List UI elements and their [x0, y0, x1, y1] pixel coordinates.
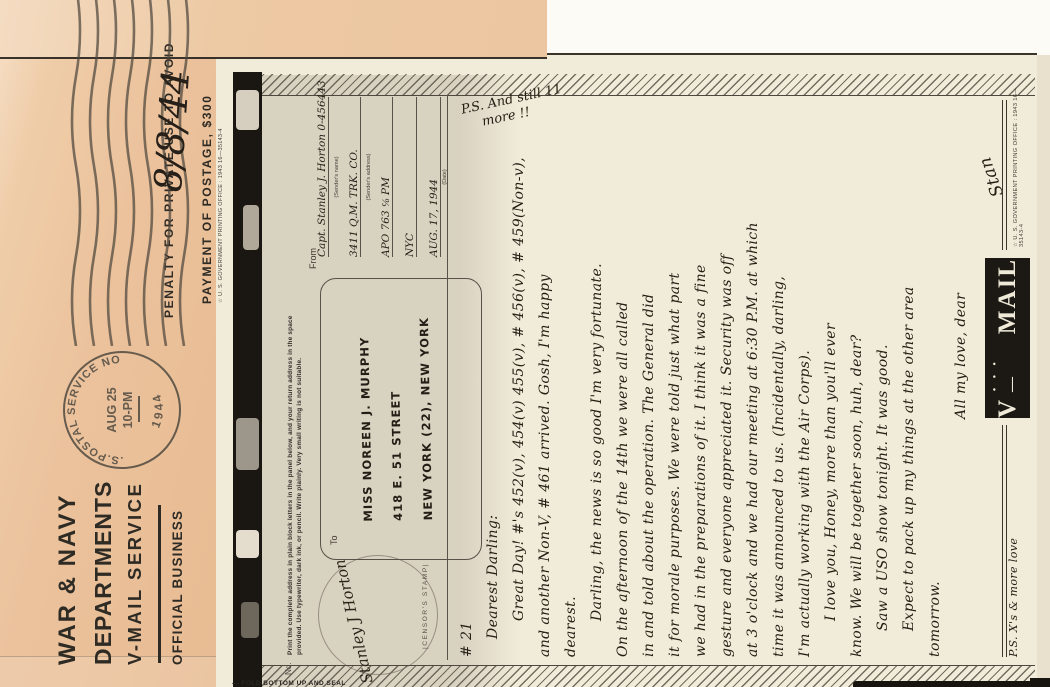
sender-name: Capt. Stanley J. Horton 0-456443	[316, 97, 329, 257]
dept-line4: OFFICIAL BUSINESS	[170, 458, 185, 665]
svg-text:1944: 1944	[148, 390, 166, 430]
letter-line: I'm actually working with the Air Corps)…	[792, 93, 818, 657]
letter-line: Saw a USO show tonight. It was good.	[870, 93, 896, 657]
censor-stamp-caption: |CENSOR'S STAMP|	[422, 563, 429, 649]
postmark-stamp: U.S.POSTAL SERVICE NO.1 1944 AUG 25 10-P…	[52, 340, 192, 480]
logo-rule-left	[1002, 425, 1007, 657]
address-section-rule	[447, 95, 448, 660]
to-label: To	[329, 535, 339, 545]
letter-line: gesture and everyone appreciated it. Sec…	[714, 93, 740, 657]
logo-mail: MAIL	[994, 258, 1022, 334]
letter-line: tomorrow.	[922, 93, 948, 657]
film-bar-mark	[236, 90, 259, 130]
handwritten-date: 8/8/44	[150, 12, 194, 192]
letter-body: # 21 Dearest Darling: Great Day! #'s 452…	[454, 93, 1014, 657]
postmark-dash-icon	[138, 396, 140, 422]
letter-line: it for morale purposes. We were told jus…	[662, 93, 688, 657]
film-edge-bar	[233, 72, 262, 687]
dept-rule	[158, 505, 161, 663]
letter-line: Expect to pack up my things at the other…	[896, 93, 922, 657]
dept-line2: DEPARTMENTS	[86, 458, 120, 665]
sender-address3: NYC	[404, 97, 417, 257]
logo-v: V	[994, 398, 1022, 418]
sender-name-caption: (Sender's name)	[334, 97, 340, 257]
handwritten-date-text: 8/8/44	[146, 68, 198, 193]
dept-line3: V-MAIL SERVICE	[120, 458, 150, 665]
letter-number: # 21	[454, 93, 480, 657]
letter-line: at 3 o'clock and we had our meeting at 6…	[740, 93, 766, 657]
postmark-ring-bottom: 1944	[148, 390, 166, 430]
film-bar-mark	[236, 418, 259, 470]
scan-edge-mark	[853, 681, 1050, 687]
form-instructions-line1: Print the complete address in plain bloc…	[287, 99, 296, 655]
film-bar-mark	[241, 602, 259, 638]
morse-code-icon: · · · —	[987, 340, 1021, 392]
to-address-line2: 418 E. 51 STREET	[379, 317, 413, 521]
postmark-date: AUG 25	[105, 387, 119, 432]
letter-line: and another Non-V, # 461 arrived. Gosh, …	[532, 93, 558, 657]
to-address-line1: MISS NOREEN J. MURPHY	[349, 318, 383, 522]
fold-caption: — FOLD BOTTOM UP AND SEAL	[232, 680, 346, 687]
vmail-form: No. Print the complete address in plain …	[262, 75, 1035, 687]
letter-line: On the afternoon of the 14th we were all…	[610, 93, 636, 657]
letter-line: know. We will be together soon, huh, dea…	[844, 93, 870, 657]
letter-line: in and told about the operation. The Gen…	[636, 93, 662, 657]
letter-line: we had in the preparations of it. I thin…	[688, 93, 714, 657]
form-no-label: No.	[284, 663, 293, 675]
film-bar-mark	[236, 530, 259, 558]
letter-line: dearest.	[558, 93, 584, 657]
to-address: MISS NOREEN J. MURPHY 418 E. 51 STREET N…	[349, 317, 443, 522]
vmail-scan: No. Print the complete address in plain …	[0, 0, 1050, 687]
department-imprint: WAR & NAVY DEPARTMENTS V-MAIL SERVICE OF…	[50, 458, 185, 665]
postmark-time: 10-PM	[121, 392, 135, 429]
letter-line: Darling, the news is so good I'm very fo…	[584, 93, 610, 657]
from-address-block: From Capt. Stanley J. Horton 0-456443 (S…	[302, 95, 448, 265]
letter-closing: All my love, dear	[948, 93, 974, 657]
sender-address1: 3411 Q.M. TRK. CO.	[348, 97, 361, 257]
sender-address2: APO 763 ℅ PM	[380, 97, 393, 257]
to-address-line3: NEW YORK (22), NEW YORK	[409, 317, 443, 521]
film-bar-mark	[243, 205, 259, 250]
letter-line: Great Day! #'s 452(v), 454(v) 455(v), # …	[506, 93, 532, 657]
logo-rule-right	[1002, 100, 1007, 250]
dept-line1: WAR & NAVY	[50, 458, 86, 665]
sender-address-caption: (Sender's address)	[366, 97, 372, 257]
v-mail-logo: V · · · — MAIL	[985, 258, 1030, 418]
scan-edge-mark	[1030, 678, 1050, 687]
gov-printing-credit: ☆ U. S. GOVERNMENT PRINTING OFFICE : 194…	[1013, 75, 1025, 247]
letter-line: I love you, Honey, more than you'll ever	[818, 93, 844, 657]
paper-edge-right	[1037, 55, 1050, 687]
salutation: Dearest Darling:	[480, 93, 506, 657]
letter-line: time it was announced to us. (Incidental…	[766, 93, 792, 657]
letter-date: AUG. 17, 1944	[428, 97, 441, 257]
